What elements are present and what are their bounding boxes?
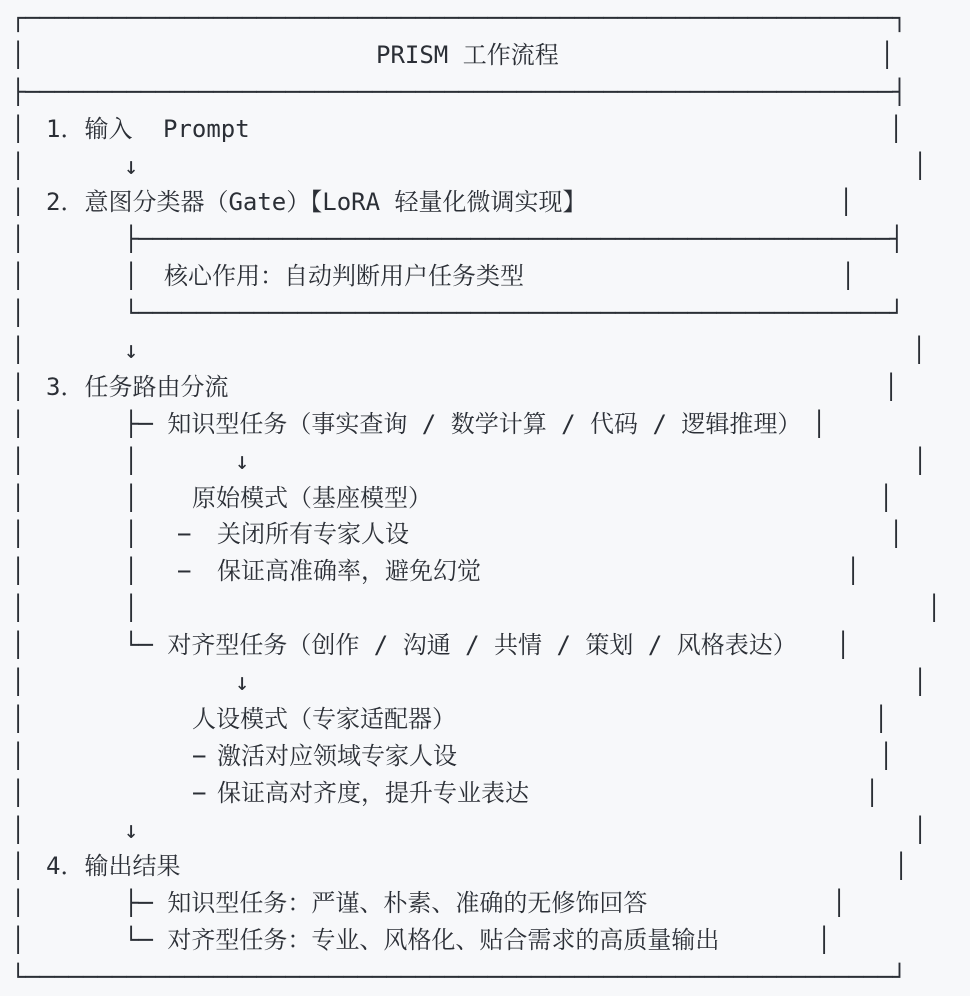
persona-mode-row: │人设模式（专家适配器）│: [0, 701, 970, 738]
gate-box-right-border-glyph: │: [841, 258, 855, 295]
arrow-row-2: │↓│: [0, 332, 970, 369]
outer-left-border-glyph: │: [11, 332, 25, 369]
header-divider: ├───────────────────────────────────────…: [0, 74, 970, 111]
outer-right-border-glyph: │: [879, 738, 893, 775]
outer-right-border-glyph: │: [927, 590, 941, 627]
branch-knowledge-row: │├─ 知识型任务（事实查询 / 数学计算 / 代码 / 逻辑推理）│: [0, 406, 970, 443]
outer-right-border-glyph: │: [884, 369, 898, 406]
branch-knowledge-label: ├─ 知识型任务（事实查询 / 数学计算 / 代码 / 逻辑推理）: [124, 406, 801, 443]
outer-right-border-glyph: │: [889, 111, 903, 148]
outer-right-border-glyph: │: [812, 406, 826, 443]
raw-bullet-1: 关闭所有专家人设: [217, 516, 409, 553]
gate-box-top-border-line: ├───────────────────────────────────────…: [124, 221, 904, 258]
down-arrow-icon: ↓: [124, 812, 138, 849]
outer-bottom-border-line: └───────────────────────────────────────…: [11, 959, 907, 996]
gate-box-bottom-row: │└──────────────────────────────────────…: [0, 295, 970, 332]
gate-box-content-row: ││核心作用：自动判断用户任务类型│: [0, 258, 970, 295]
down-arrow-icon: ↓: [124, 148, 138, 185]
step-4-row: │4．输出结果│: [0, 848, 970, 885]
step-1-row: │1．输入Prompt│: [0, 111, 970, 148]
persona-bullet-2: 保证高对齐度，提升专业表达: [217, 775, 529, 812]
outer-left-border-glyph: │: [11, 812, 25, 849]
outer-left-border-glyph: │: [11, 37, 25, 74]
branch-spacer-row: │││: [0, 590, 970, 627]
outer-bottom-border: └───────────────────────────────────────…: [0, 959, 970, 996]
alignment-arrow-row: │↓│: [0, 664, 970, 701]
outer-top-border-line: ┌───────────────────────────────────────…: [11, 0, 907, 37]
outer-left-border-glyph: │: [11, 480, 25, 517]
down-arrow-icon: ↓: [124, 332, 138, 369]
title-row: │PRISM 工作流程│: [0, 37, 970, 74]
branch-line-glyph: │: [124, 590, 138, 627]
branch-alignment-label: └─ 对齐型任务（创作 / 沟通 / 共情 / 策划 / 风格表达）: [124, 627, 797, 664]
raw-bullet-2: 保证高准确率，避免幻觉: [217, 553, 481, 590]
bullet-dash: −: [192, 775, 206, 812]
outer-left-border-glyph: │: [11, 516, 25, 553]
persona-mode-label: 人设模式（专家适配器）: [192, 701, 456, 738]
persona-bullet-1-row: │−激活对应领域专家人设│: [0, 738, 970, 775]
outer-right-border-glyph: │: [913, 148, 927, 185]
outer-left-border-glyph: │: [11, 184, 25, 221]
outer-left-border-glyph: │: [11, 848, 25, 885]
outer-left-border-glyph: │: [11, 443, 25, 480]
branch-line-glyph: │: [124, 516, 138, 553]
branch-line-glyph: │: [124, 553, 138, 590]
raw-mode-row: ││原始模式（基座模型）│: [0, 480, 970, 517]
outer-top-border: ┌───────────────────────────────────────…: [0, 0, 970, 37]
down-arrow-icon: ↓: [235, 664, 249, 701]
step-3-label: 3．任务路由分流: [46, 369, 228, 406]
outer-right-border-glyph: │: [912, 332, 926, 369]
outer-left-border-glyph: │: [11, 775, 25, 812]
outer-left-border-glyph: │: [11, 590, 25, 627]
outer-left-border-glyph: │: [11, 553, 25, 590]
step-1-label-en: Prompt: [163, 111, 250, 148]
persona-bullet-2-row: │−保证高对齐度，提升专业表达│: [0, 775, 970, 812]
bullet-dash: −: [177, 553, 191, 590]
outer-right-border-glyph: │: [832, 885, 846, 922]
outer-left-border-glyph: │: [11, 148, 25, 185]
step-4-label: 4．输出结果: [46, 848, 180, 885]
outer-left-border-glyph: │: [11, 922, 25, 959]
outer-right-border-glyph: │: [846, 553, 860, 590]
gate-box-note: 核心作用：自动判断用户任务类型: [164, 258, 524, 295]
step-2-label: 2．意图分类器（Gate）【LoRA 轻量化微调实现】: [46, 184, 587, 221]
outer-left-border-glyph: │: [11, 221, 25, 258]
outer-right-border-glyph: │: [913, 443, 927, 480]
outer-right-border-glyph: │: [889, 516, 903, 553]
output-knowledge-label: ├─ 知识型任务：严谨、朴素、准确的无修饰回答: [124, 885, 647, 922]
outer-left-border-glyph: │: [11, 258, 25, 295]
header-divider-line: ├───────────────────────────────────────…: [11, 74, 907, 111]
gate-box-top-row: │├──────────────────────────────────────…: [0, 221, 970, 258]
arrow-row-3: │↓│: [0, 812, 970, 849]
ascii-flowchart-screen: ┌───────────────────────────────────────…: [0, 0, 970, 996]
step-1-label: 1．输入: [46, 111, 132, 148]
outer-right-border-glyph: │: [913, 664, 927, 701]
output-alignment-label: └─ 对齐型任务：专业、风格化、贴合需求的高质量输出: [124, 922, 719, 959]
outer-right-border-glyph: │: [817, 922, 831, 959]
knowledge-arrow-row: ││↓│: [0, 443, 970, 480]
down-arrow-icon: ↓: [235, 443, 249, 480]
persona-bullet-1: 激活对应领域专家人设: [217, 738, 457, 775]
raw-bullet-1-row: ││−关闭所有专家人设│: [0, 516, 970, 553]
outer-right-border-glyph: │: [880, 37, 894, 74]
outer-left-border-glyph: │: [11, 111, 25, 148]
step-2-row: │2．意图分类器（Gate）【LoRA 轻量化微调实现】│: [0, 184, 970, 221]
outer-right-border-glyph: │: [874, 701, 888, 738]
outer-left-border-glyph: │: [11, 369, 25, 406]
outer-left-border-glyph: │: [11, 295, 25, 332]
outer-right-border-glyph: │: [836, 627, 850, 664]
outer-right-border-glyph: │: [839, 184, 853, 221]
output-knowledge-row: │├─ 知识型任务：严谨、朴素、准确的无修饰回答│: [0, 885, 970, 922]
outer-left-border-glyph: │: [11, 627, 25, 664]
raw-mode-label: 原始模式（基座模型）: [192, 480, 432, 517]
raw-bullet-2-row: ││−保证高准确率，避免幻觉│: [0, 553, 970, 590]
flowchart-title: PRISM 工作流程: [376, 37, 559, 74]
outer-left-border-glyph: │: [11, 885, 25, 922]
bullet-dash: −: [192, 738, 206, 775]
arrow-row-1: │↓│: [0, 148, 970, 185]
outer-left-border-glyph: │: [11, 406, 25, 443]
gate-box-bottom-border-line: └───────────────────────────────────────…: [124, 295, 904, 332]
step-3-row: │3．任务路由分流│: [0, 369, 970, 406]
branch-line-glyph: │: [124, 480, 138, 517]
output-alignment-row: │└─ 对齐型任务：专业、风格化、贴合需求的高质量输出│: [0, 922, 970, 959]
outer-left-border-glyph: │: [11, 664, 25, 701]
outer-left-border-glyph: │: [11, 701, 25, 738]
outer-right-border-glyph: │: [894, 848, 908, 885]
outer-right-border-glyph: │: [865, 775, 879, 812]
bullet-dash: −: [177, 516, 191, 553]
outer-right-border-glyph: │: [879, 480, 893, 517]
gate-box-left-border-glyph: │: [124, 258, 138, 295]
branch-line-glyph: │: [124, 443, 138, 480]
branch-alignment-row: │└─ 对齐型任务（创作 / 沟通 / 共情 / 策划 / 风格表达）│: [0, 627, 970, 664]
outer-right-border-glyph: │: [913, 812, 927, 849]
outer-left-border-glyph: │: [11, 738, 25, 775]
